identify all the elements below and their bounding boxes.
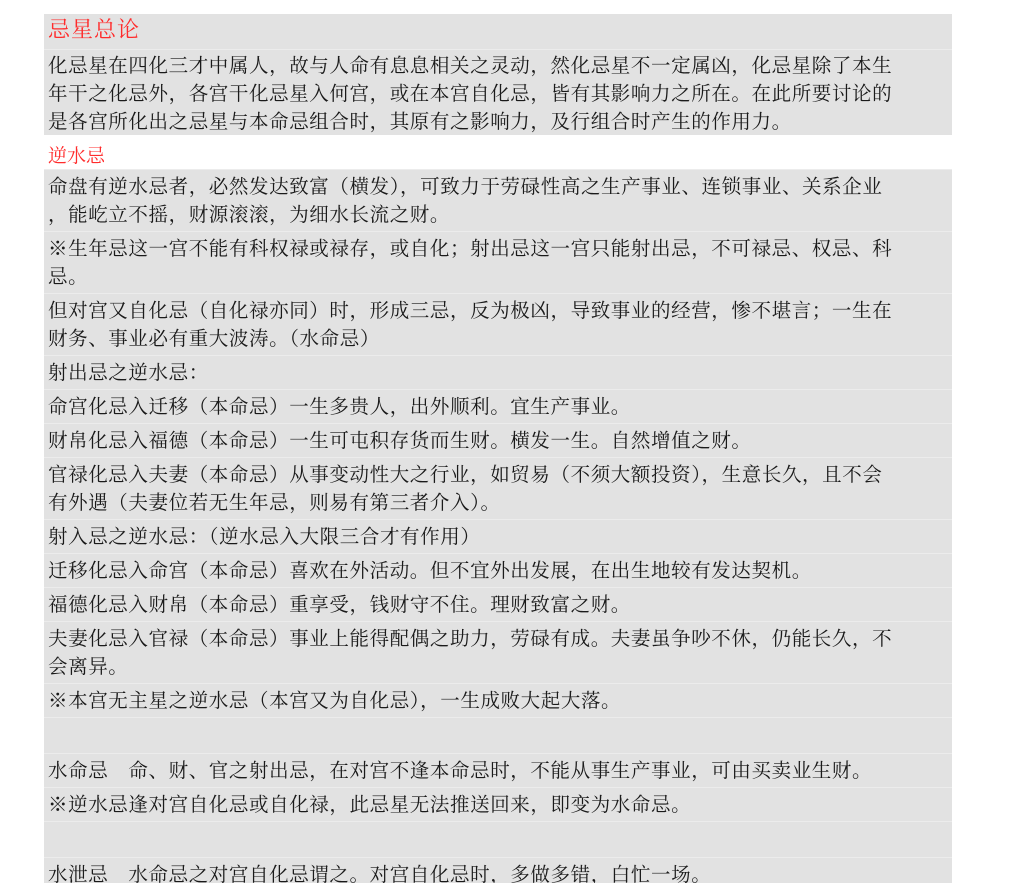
paragraph-line: 财帛化忌入福德（本命忌）一生可屯积存货而生财。横发一生。自然增值之财。 xyxy=(48,427,952,455)
paragraph-line: 迁移化忌入命宫（本命忌）喜欢在外活动。但不宜外出发展，在出生地较有发达契机。 xyxy=(48,557,952,585)
document-page: 忌星总论 化忌星在四化三才中属人，故与人命有息息相关之灵动，然化忌星不一定属凶，… xyxy=(44,14,952,883)
paragraph-line: 财务、事业必有重大波涛。（水命忌） xyxy=(48,325,952,353)
paragraph-line: 命宫化忌入迁移（本命忌）一生多贵人，出外顺利。宜生产事业。 xyxy=(48,393,952,421)
paragraph: 福德化忌入财帛（本命忌）重享受，钱财守不住。理财致富之财。 xyxy=(44,587,952,621)
paragraph: 射出忌之逆水忌： xyxy=(44,355,952,389)
paragraph-line: ※生年忌这一宫不能有科权禄或禄存，或自化；射出忌这一宫只能射出忌，不可禄忌、权忌… xyxy=(48,235,952,263)
paragraph-line: ，能屹立不摇，财源滚滚，为细水长流之财。 xyxy=(48,201,952,229)
blank-paragraph xyxy=(44,717,952,753)
intro-line: 化忌星在四化三才中属人，故与人命有息息相关之灵动，然化忌星不一定属凶，化忌星除了… xyxy=(48,52,952,80)
paragraph-line: ※本宫无主星之逆水忌（本宫又为自化忌），一生成败大起大落。 xyxy=(48,687,952,715)
intro-line: 年干之化忌外，各宫干化忌星入何宫，或在本宫自化忌，皆有其影响力之所在。在此所要讨… xyxy=(48,80,952,108)
intro-paragraph: 化忌星在四化三才中属人，故与人命有息息相关之灵动，然化忌星不一定属凶，化忌星除了… xyxy=(44,49,952,135)
paragraph-line: 水泄忌 水命忌之对宫自化忌谓之。对宫自化忌时，多做多错，白忙一场。 xyxy=(48,861,952,883)
paragraph-line: 水命忌 命、财、官之射出忌，在对宫不逢本命忌时，不能从事生产事业，可由买卖业生财… xyxy=(48,757,952,785)
paragraph: 官禄化忌入夫妻（本命忌）从事变动性大之行业，如贸易（不须大额投资），生意长久，且… xyxy=(44,457,952,519)
paragraph-line: 射入忌之逆水忌：（逆水忌入大限三合才有作用） xyxy=(48,523,952,551)
section-spacer xyxy=(44,135,952,143)
paragraph-line: 但对宫又自化忌（自化禄亦同）时，形成三忌，反为极凶，导致事业的经营，惨不堪言；一… xyxy=(48,297,952,325)
paragraph: 水命忌 命、财、官之射出忌，在对宫不逢本命忌时，不能从事生产事业，可由买卖业生财… xyxy=(44,753,952,787)
blank-paragraph xyxy=(44,821,952,857)
section-subtitle: 逆水忌 xyxy=(44,143,952,169)
paragraph: ※逆水忌逢对宫自化忌或自化禄，此忌星无法推送回来，即变为水命忌。 xyxy=(44,787,952,821)
paragraph-line: 有外遇（夫妻位若无生年忌，则易有第三者介入）。 xyxy=(48,489,952,517)
page-title: 忌星总论 xyxy=(44,14,952,49)
intro-line: 是各宫所化出之忌星与本命忌组合时，其原有之影响力，及行组合时产生的作用力。 xyxy=(48,108,952,136)
paragraph: 水泄忌 水命忌之对宫自化忌谓之。对宫自化忌时，多做多错，白忙一场。 xyxy=(44,857,952,883)
paragraph: 迁移化忌入命宫（本命忌）喜欢在外活动。但不宜外出发展，在出生地较有发达契机。 xyxy=(44,553,952,587)
paragraph: 命盘有逆水忌者，必然发达致富（横发），可致力于劳碌性高之生产事业、连锁事业、关系… xyxy=(44,169,952,231)
paragraph-line: 命盘有逆水忌者，必然发达致富（横发），可致力于劳碌性高之生产事业、连锁事业、关系… xyxy=(48,173,952,201)
paragraph-line: 福德化忌入财帛（本命忌）重享受，钱财守不住。理财致富之财。 xyxy=(48,591,952,619)
paragraph: 夫妻化忌入官禄（本命忌）事业上能得配偶之助力，劳碌有成。夫妻虽争吵不休，仍能长久… xyxy=(44,621,952,683)
paragraph: 财帛化忌入福德（本命忌）一生可屯积存货而生财。横发一生。自然增值之财。 xyxy=(44,423,952,457)
paragraph: ※本宫无主星之逆水忌（本宫又为自化忌），一生成败大起大落。 xyxy=(44,683,952,717)
paragraph-line: 射出忌之逆水忌： xyxy=(48,359,952,387)
paragraph-line: 官禄化忌入夫妻（本命忌）从事变动性大之行业，如贸易（不须大额投资），生意长久，且… xyxy=(48,461,952,489)
paragraph-line: 会离异。 xyxy=(48,653,952,681)
paragraph: ※生年忌这一宫不能有科权禄或禄存，或自化；射出忌这一宫只能射出忌，不可禄忌、权忌… xyxy=(44,231,952,293)
paragraph-line: 忌。 xyxy=(48,263,952,291)
paragraph: 射入忌之逆水忌：（逆水忌入大限三合才有作用） xyxy=(44,519,952,553)
paragraph: 命宫化忌入迁移（本命忌）一生多贵人，出外顺利。宜生产事业。 xyxy=(44,389,952,423)
paragraph: 但对宫又自化忌（自化禄亦同）时，形成三忌，反为极凶，导致事业的经营，惨不堪言；一… xyxy=(44,293,952,355)
paragraph-line: ※逆水忌逢对宫自化忌或自化禄，此忌星无法推送回来，即变为水命忌。 xyxy=(48,791,952,819)
paragraph-line: 夫妻化忌入官禄（本命忌）事业上能得配偶之助力，劳碌有成。夫妻虽争吵不休，仍能长久… xyxy=(48,625,952,653)
